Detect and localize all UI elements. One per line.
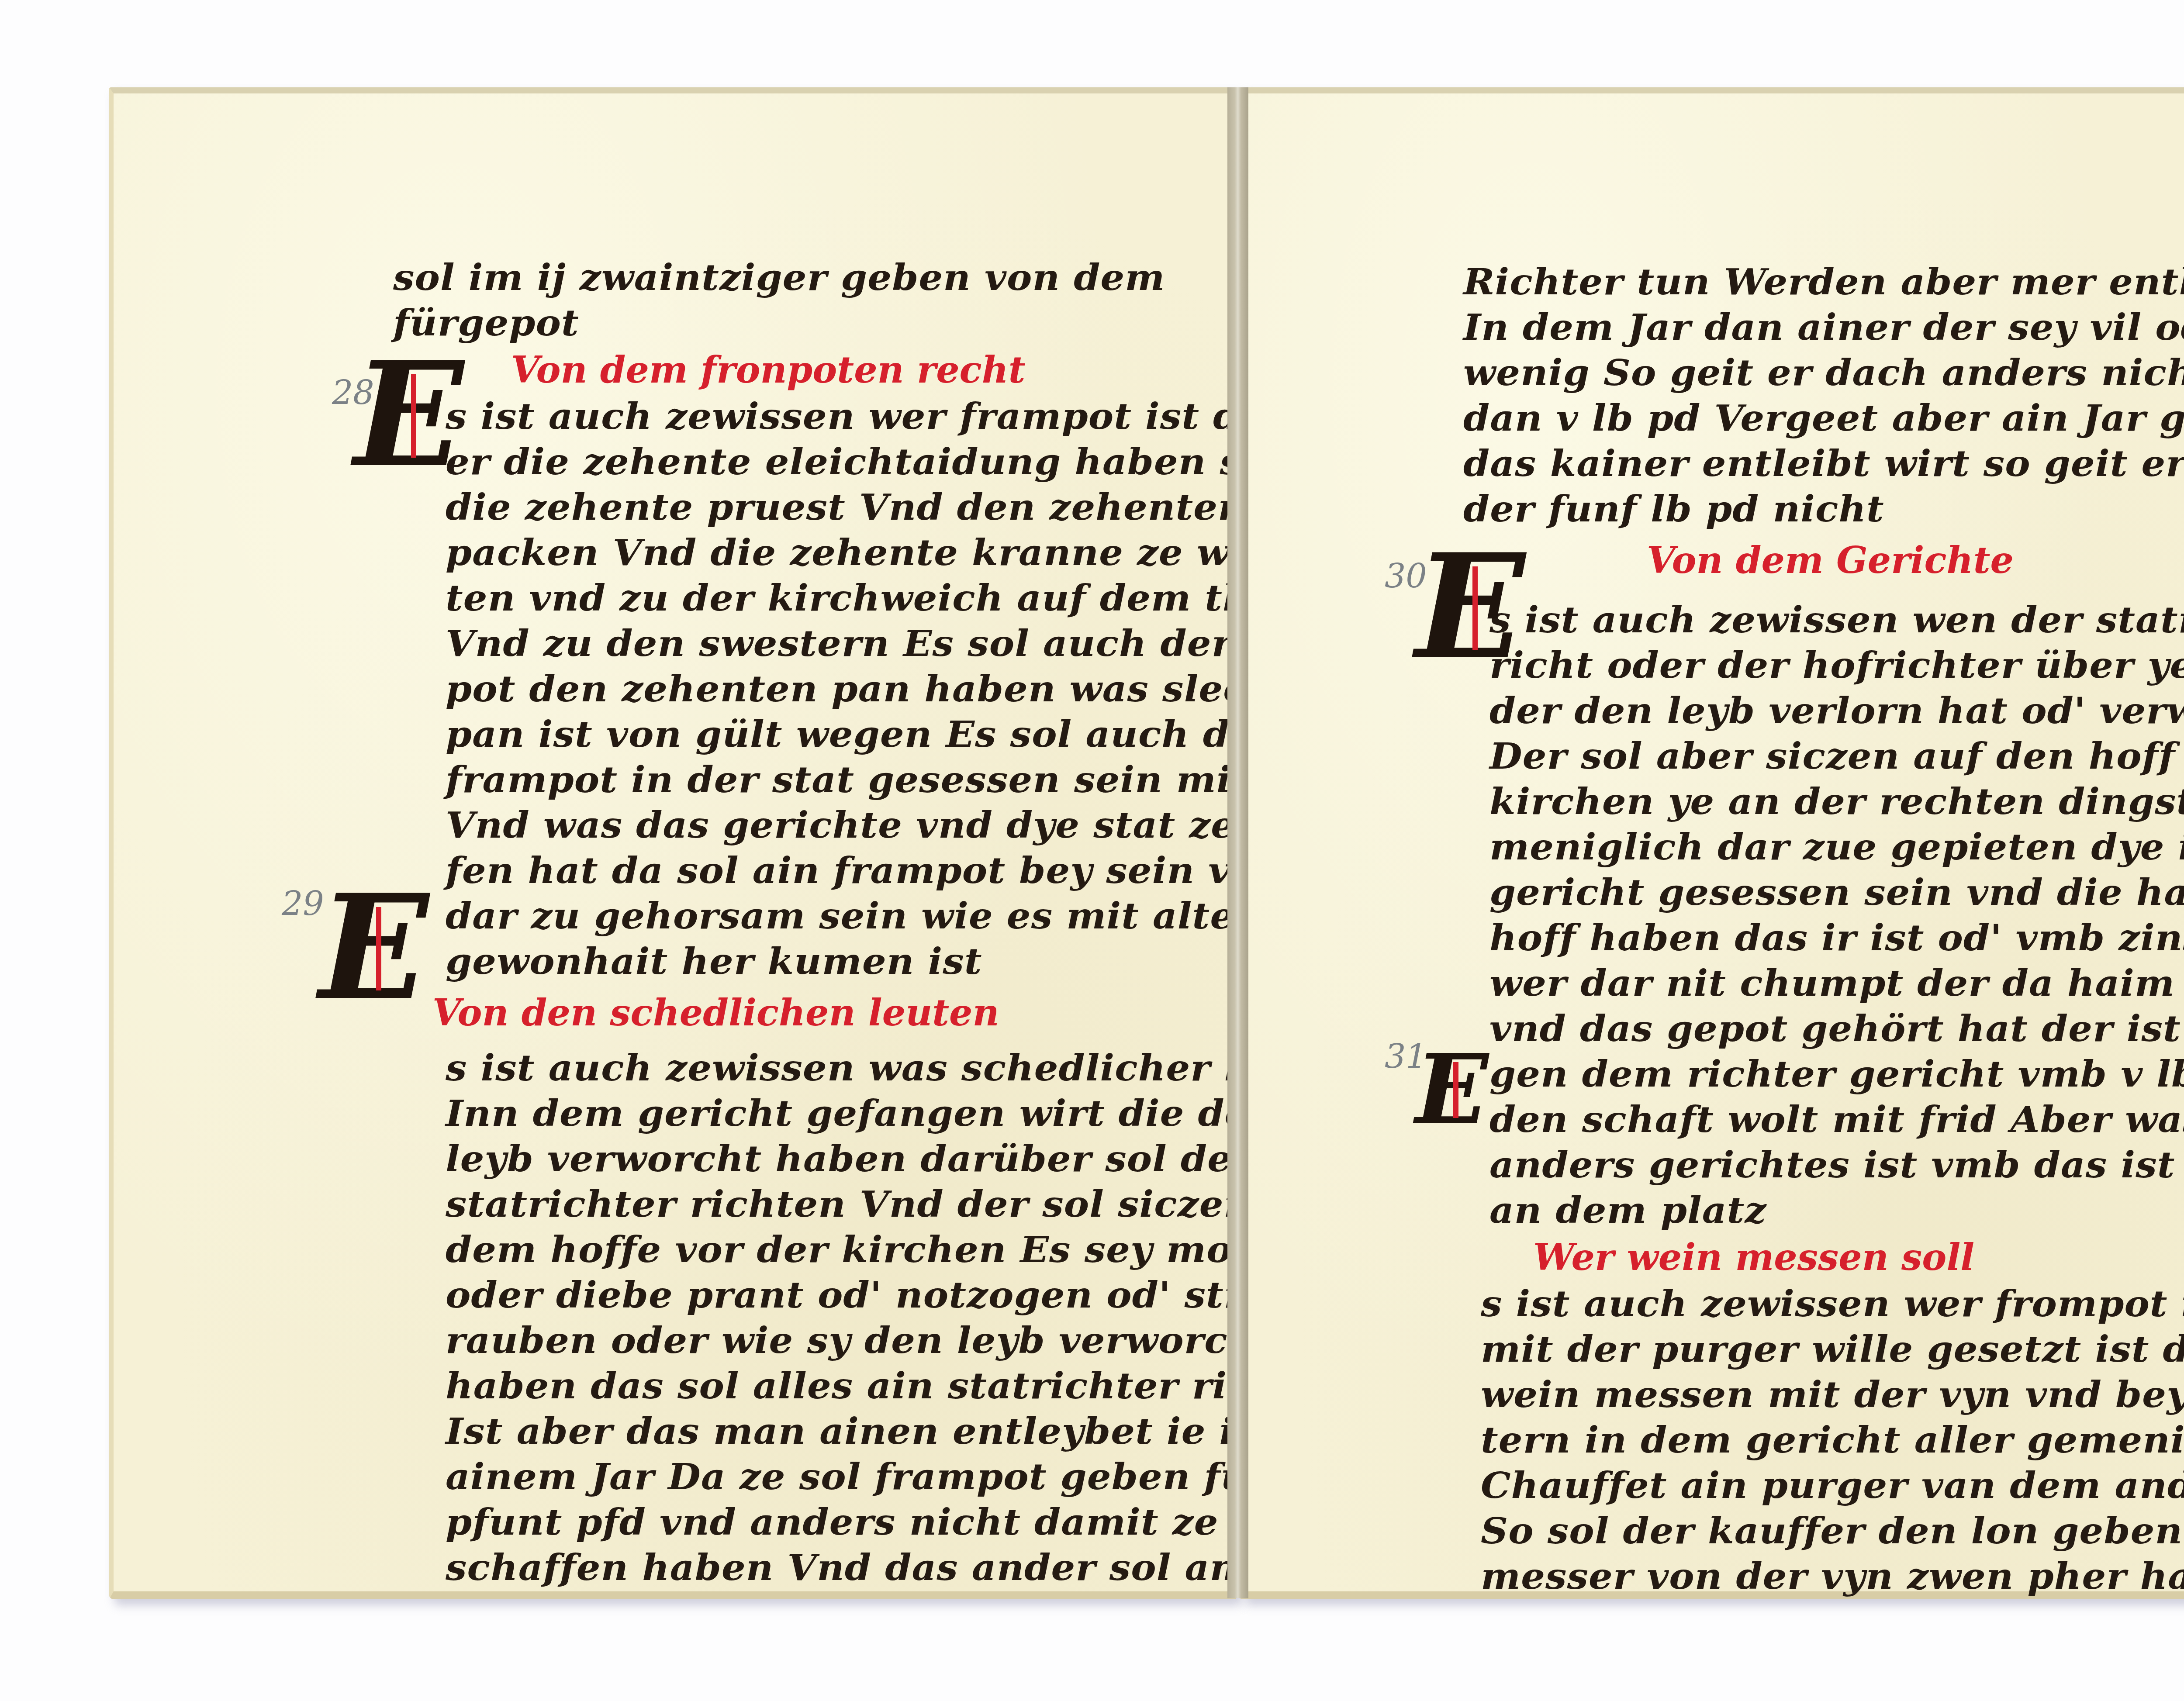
left-page: sol im ij zwaintziger geben von dem fürg…: [109, 87, 1236, 1599]
text-line: wein messen mit der vyn vnd bey sech: [1481, 1372, 2184, 1418]
text-line: wenig So geit er dach anders nicht: [1463, 350, 2184, 396]
text-line: Richter tun Werden aber mer entleibet: [1463, 259, 2184, 305]
text-line: s ist auch zewissen wer frompot ist vnd: [1481, 1281, 2184, 1327]
decorated-initial: E: [354, 342, 464, 486]
right-page-text: Richter tun Werden aber mer entleibet In…: [1463, 259, 2184, 1599]
text-line: den schaft wolt mit frid Aber was: [1489, 1097, 2184, 1142]
text-line: der funf lb pd nicht: [1463, 486, 2184, 532]
rubric-heading: Wer wein messen soll: [1533, 1233, 2184, 1281]
margin-section-number: 30: [1385, 556, 1427, 595]
text-line: In dem Jar dan ainer der sey vil oder: [1463, 305, 2184, 350]
text-line: tern in dem gericht aller gemeniglich: [1481, 1418, 2184, 1463]
text-line: messer von der vyn zwen pher haus: [1481, 1554, 2184, 1599]
text-line: kirchen ye an der rechten dingstat vnd: [1489, 779, 2184, 825]
text-line: So sol der kauffer den lon geben dem: [1481, 1508, 2184, 1554]
rubric-heading: Von dem fronpoten recht: [511, 346, 1329, 394]
section-28-body: s ist auch zewissen wer frampot ist das …: [393, 394, 1329, 984]
text-line: meniglich dar zue gepieten dye in dem: [1489, 825, 2184, 870]
rubric-heading: Von dem Gerichte: [1647, 536, 2184, 584]
text-line: gericht gesessen sein vnd die haws vnd: [1489, 870, 2184, 915]
text-line: vnd das gepot gehört hat der ist komen: [1489, 1006, 2184, 1052]
left-page-text: sol im ij zwaintziger geben von dem fürg…: [393, 255, 1329, 1591]
right-page: Richter tun Werden aber mer entleibet In…: [1241, 87, 2184, 1599]
text-line: mit der purger wille gesetzt ist der sol: [1481, 1327, 2184, 1372]
text-line: s ist auch zewissen wen der statricht: [1489, 597, 2184, 643]
margin-section-number: 28: [332, 373, 374, 412]
section-30-body: s ist auch zewissen wen der statricht ri…: [1463, 597, 2184, 1233]
section-31-body: s ist auch zewissen wer frompot ist vnd …: [1463, 1281, 2184, 1599]
margin-section-number: 29: [282, 884, 324, 923]
text-line: wer dar nit chumpt der da haim ist: [1489, 961, 2184, 1006]
margin-section-number: 31: [1385, 1037, 1427, 1076]
text-line: richt oder der hofrichter über yemant: [1489, 643, 2184, 688]
book-gutter: [1227, 87, 1248, 1598]
manuscript-book: sol im ij zwaintziger geben von dem fürg…: [109, 87, 2184, 1585]
decorated-initial: E: [1415, 535, 1525, 679]
text-line: das kainer entleibt wirt so geit er auch: [1463, 441, 2184, 486]
text-line: dan v lb pd Vergeet aber ain Jar gantz: [1463, 396, 2184, 441]
rubric-heading: Von den schedlichen leuten: [432, 989, 1329, 1037]
text-line: an dem platz: [1489, 1188, 2184, 1233]
text-line: gen dem richter gericht vmb v lb pd: [1489, 1052, 2184, 1097]
text-line: hoff haben das ir ist od' vmb zins vnd: [1489, 915, 2184, 961]
decorated-initial: E: [319, 875, 429, 1019]
text-line: Chauffet ain purger van dem andern: [1481, 1463, 2184, 1508]
text-line: der den leyb verlorn hat od' verworcht: [1489, 688, 2184, 734]
text-line: anders gerichtes ist vmb das ist zesten: [1489, 1142, 2184, 1188]
text-line: Der sol aber siczen auf den hoff vor d': [1489, 734, 2184, 779]
section-29-body: s ist auch zewissen was schedlicher leut…: [393, 1045, 1329, 1591]
